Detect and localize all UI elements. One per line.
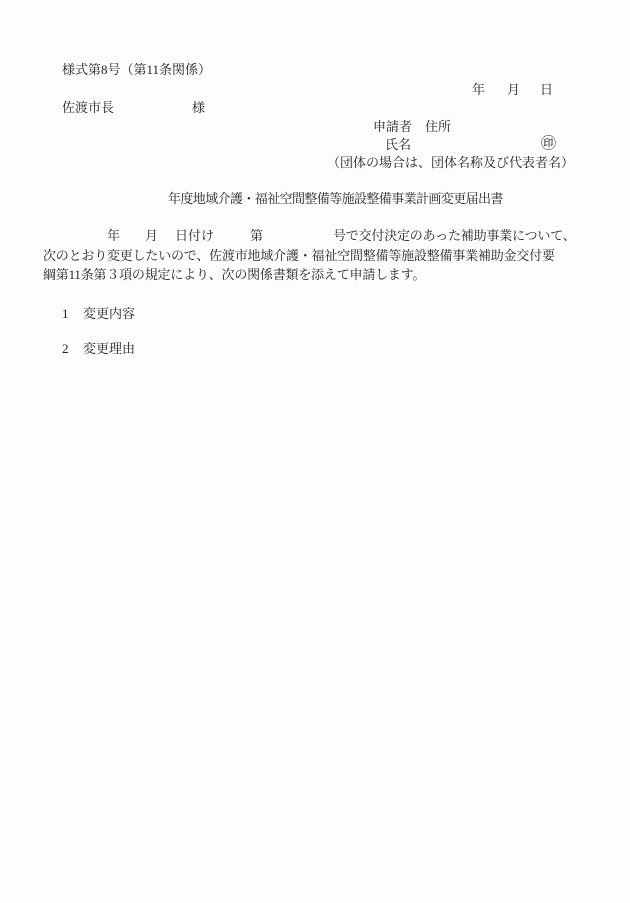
item-2-number: 2	[62, 341, 69, 357]
seal-mark-icon: ㊞	[541, 136, 556, 152]
body-day-suffix: 日付け	[175, 228, 214, 244]
body-line1-rest: 号で交付決定のあった補助事業について、	[333, 228, 576, 244]
applicant-name-label: 氏名	[385, 137, 411, 153]
applicant-address-label: 申請者 住所	[373, 119, 451, 135]
body-month-label: 月	[145, 228, 158, 244]
document-page: 様式第8号（第11条関係） 年 月 日 佐渡市長 様 申請者 住所 氏名 ㊞ （…	[0, 0, 630, 903]
addressee-name: 佐渡市長	[62, 100, 114, 116]
document-title: 年度地域介護・福祉空間整備等施設整備事業計画変更届出書	[168, 191, 503, 207]
applicant-group-note: （団体の場合は、団体名称及び代表者名）	[327, 155, 574, 171]
item-1-number: 1	[62, 306, 69, 322]
form-number: 様式第8号（第11条関係）	[62, 62, 211, 78]
date-month-label: 月	[507, 82, 520, 98]
date-day-label: 日	[540, 82, 553, 98]
item-1-label: 変更内容	[83, 306, 135, 322]
date-year-label: 年	[472, 82, 485, 98]
body-line3: 綱第11条第３項の規定により、次の関係書類を添えて申請します。	[43, 267, 425, 283]
body-year-label: 年	[107, 228, 120, 244]
item-2-label: 変更理由	[83, 341, 135, 357]
body-number-prefix: 第	[250, 228, 263, 244]
body-line2: 次のとおり変更したいので、佐渡市地域介護・福祉空間整備等施設整備事業補助金交付要	[43, 248, 555, 264]
addressee-honorific: 様	[192, 100, 205, 116]
